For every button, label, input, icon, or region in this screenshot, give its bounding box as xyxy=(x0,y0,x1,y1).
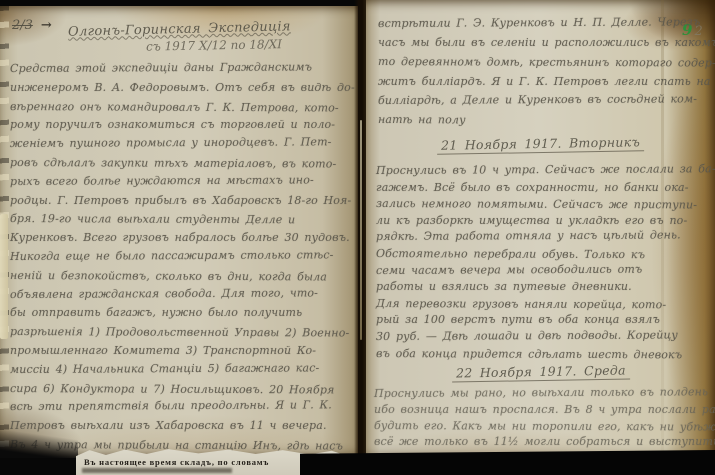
handwritten-line: всё же только въ 11½ могли собраться и в… xyxy=(374,434,712,450)
handwritten-line: всѣ эти препятствія были преодолѣны. Я и… xyxy=(10,397,356,418)
handwritten-line: Куренковъ. Всего грузовъ набралось болѣе… xyxy=(10,229,356,248)
handwritten-line: въ оба конца придется сдѣлать шесть днев… xyxy=(376,346,712,364)
left-page-text: Средства этой экспедиціи даны Граждански… xyxy=(10,60,356,455)
expedition-dates: съ 1917 X/12 по 18/XI xyxy=(0,36,358,56)
handwritten-line: рыхъ всего болѣе нуждаются на мѣстахъ ин… xyxy=(10,171,356,192)
handwritten-line: часъ мы были въ селеніи и расположились … xyxy=(378,33,712,52)
handwritten-line: билліардѣ, а Делле и Куренковъ въ сосѣдн… xyxy=(378,89,712,110)
handwritten-line: Никогда еще не было пассажирамъ столько … xyxy=(10,246,356,267)
handwritten-line: ибо возница нашъ проспался. Въ 8 ч утра … xyxy=(374,402,712,418)
handwritten-line: Проснулись мы рано, но выѣхали только въ… xyxy=(374,384,712,402)
right-page-opening-text: встрѣтили Г. Э. Куренковъ и Н. П. Делле.… xyxy=(378,14,712,129)
entry-heading-21-november: 21 Ноября 1917. Вторникъ xyxy=(366,136,715,153)
handwritten-line: объявлена гражданская свобода. Для того,… xyxy=(10,284,356,305)
clipping-second-line-smudge xyxy=(82,468,232,473)
handwritten-line: Для перевозки грузовъ наняли корейца, ко… xyxy=(376,296,712,314)
handwritten-line: женіемъ пушного промысла у инородцевъ. Г… xyxy=(10,133,356,154)
diary-title-block: Олгонъ-Горинская Экспедиція съ 1917 X/12… xyxy=(0,18,358,53)
handwritten-line: рому поручилъ ознакомиться съ торговлей … xyxy=(10,116,356,135)
handwritten-line: бы отправить багажъ, нужно было получить xyxy=(10,304,356,323)
left-page: 2/3→ Олгонъ-Горинская Экспедиція съ 1917… xyxy=(0,6,358,458)
handwritten-line: Проснулись въ 10 ч утра. Сейчасъ же посл… xyxy=(376,161,712,179)
handwritten-line: промышленнаго Комитета 3) Транспортной К… xyxy=(10,342,356,361)
handwritten-line: родцы. Г. Петровъ прибылъ въ Хабаровскъ … xyxy=(10,192,356,211)
handwritten-line: натѣ на полу xyxy=(378,110,712,131)
handwritten-line: зались немного помятыми. Сейчасъ же прис… xyxy=(376,196,712,214)
handwritten-line: семи часамъ вечера мы освободились отъ xyxy=(376,261,712,279)
handwritten-line: Средства этой экспедиціи даны Граждански… xyxy=(10,58,356,79)
handwritten-line: гажемъ. Всё было въ сохранности, но банк… xyxy=(376,180,712,197)
handwritten-line: инженеромъ В. А. Федоровымъ. Отъ себя въ… xyxy=(10,79,356,98)
tape-repair xyxy=(0,214,8,339)
photo-background-wedge xyxy=(300,450,715,475)
handwritten-line: бря. 19-го числа выѣхали студенты Делле … xyxy=(10,210,356,230)
entry-heading-22-november: 22 Ноября 1917. Среда xyxy=(366,364,715,381)
entry-22-november-text: Проснулись мы рано, но выѣхали только въ… xyxy=(374,386,712,450)
handwritten-line: вѣреннаго онъ командировалъ Г. К. Петров… xyxy=(10,98,356,118)
handwritten-line: рый за 100 верстъ пути въ оба конца взял… xyxy=(376,312,712,329)
handwritten-line: 30 руб. — Двѣ лошади и двѣ подводы. Коре… xyxy=(376,327,712,345)
handwritten-line: рядкѣ. Эта работа отняла у насъ цѣлый де… xyxy=(376,228,712,246)
entry-21-november-text: Проснулись въ 10 ч утра. Сейчасъ же посл… xyxy=(376,163,712,362)
page-corner-tear xyxy=(0,430,78,458)
right-page: 92 встрѣтили Г. Э. Куренковъ и Н. П. Дел… xyxy=(366,0,715,459)
handwritten-line: будить его. Какъ мы ни торопили его, как… xyxy=(374,418,712,435)
handwritten-line: разрѣшенія 1) Продовольственной Управы 2… xyxy=(10,323,356,343)
diary-photo: 2/3→ Олгонъ-Горинская Экспедиція съ 1917… xyxy=(0,0,715,475)
handwritten-line: работы и взялись за путевые дневники. xyxy=(376,279,712,296)
handwritten-line: встрѣтили Г. Э. Куренковъ и Н. П. Делле.… xyxy=(378,12,712,33)
handwritten-line: житъ билліардъ. Я и Г. К. Петровъ легли … xyxy=(378,72,712,91)
handwritten-line: миссіи 4) Начальника Станціи 5) багажнаг… xyxy=(10,359,356,380)
handwritten-line: то деревянномъ домѣ, крестьянинъ котораг… xyxy=(378,52,712,73)
